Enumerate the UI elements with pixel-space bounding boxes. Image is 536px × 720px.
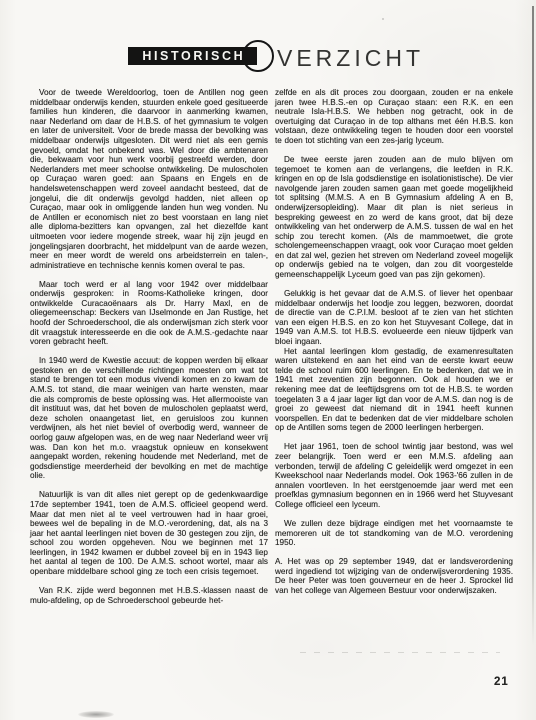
title-boxed-word: HISTORISCH (128, 47, 257, 65)
article-body: Voor de tweede Wereldoorlog, toen de Ant… (30, 88, 513, 605)
page-number: 21 (494, 676, 509, 688)
paragraph: Natuurlijk is van dit alles niet gerept … (30, 490, 268, 576)
scan-speck (505, 120, 507, 122)
paragraph: We zullen deze bijdrage eindigen met het… (275, 519, 513, 548)
paragraph-intro: Voor de tweede Wereldoorlog, toen de Ant… (30, 88, 268, 270)
right-column: zelfde en als dit proces zou doorgaan, z… (275, 88, 513, 605)
scan-speck (260, 470, 262, 472)
left-column: Voor de tweede Wereldoorlog, toen de Ant… (30, 88, 268, 605)
scan-artifact (300, 652, 500, 653)
paragraph: Gelukkig is het gevaar dat de A.M.S. of … (275, 289, 513, 347)
scan-speck (382, 18, 384, 20)
paragraph: Maar toch werd er al lang voor 1942 over… (30, 280, 268, 347)
title-rest-word: VERZICHT (277, 45, 424, 72)
scan-smudge (78, 711, 114, 718)
paragraph: In 1940 werd de Kwestie accuut: de koppe… (30, 356, 268, 481)
paragraph: Het aantal leerlingen klom gestadig, de … (275, 347, 513, 433)
paragraph: A. Het was op 29 september 1949, dat er … (275, 557, 513, 595)
paragraph: Van R.K. zijde werd begonnen met H.B.S.-… (30, 586, 268, 605)
magazine-page: HISTORISCH VERZICHT Voor de tweede Werel… (0, 0, 536, 720)
article-header: HISTORISCH VERZICHT (0, 0, 536, 86)
paragraph: De twee eerste jaren zouden aan de mulo … (275, 155, 513, 280)
paragraph-continuation: zelfde en als dit proces zou doorgaan, z… (275, 88, 513, 146)
paragraph: Het jaar 1961, toen de school twintig ja… (275, 442, 513, 509)
scan-edge-shadow (532, 6, 534, 646)
